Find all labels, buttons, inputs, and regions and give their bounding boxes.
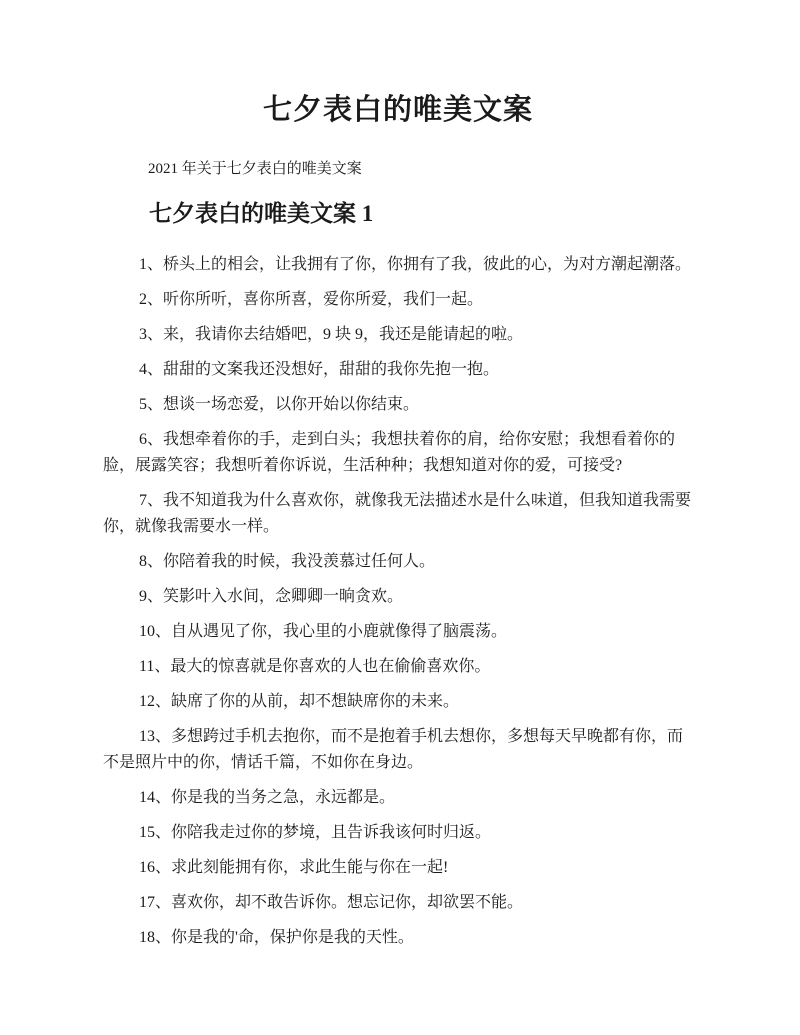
list-item-1: 1、桥头上的相会，让我拥有了你，你拥有了我，彼此的心，为对方潮起潮落。 <box>103 252 693 278</box>
list-item-3: 3、来，我请你去结婚吧，9 块 9，我还是能请起的啦。 <box>103 322 693 348</box>
list-item-7: 7、我不知道我为什么喜欢你，就像我无法描述水是什么味道，但我知道我需要你，就像我… <box>103 488 693 540</box>
list-item-4: 4、甜甜的文案我还没想好，甜甜的我你先抱一抱。 <box>103 357 693 383</box>
document-title: 七夕表白的唯美文案 <box>103 90 693 130</box>
list-item-8: 8、你陪着我的时候，我没羡慕过任何人。 <box>103 549 693 575</box>
list-item-13: 13、多想跨过手机去抱你，而不是抱着手机去想你，多想每天早晚都有你，而不是照片中… <box>103 724 693 776</box>
list-item-12: 12、缺席了你的从前，却不想缺席你的未来。 <box>103 689 693 715</box>
list-item-6: 6、我想牵着你的手，走到白头；我想扶着你的肩，给你安慰；我想看着你的脸，展露笑容… <box>103 427 693 479</box>
document-page: 七夕表白的唯美文案 2021 年关于七夕表白的唯美文案 七夕表白的唯美文案 1 … <box>0 0 800 1035</box>
list-item-15: 15、你陪我走过你的梦境，且告诉我该何时归返。 <box>103 820 693 846</box>
list-item-5: 5、想谈一场恋爱，以你开始以你结束。 <box>103 392 693 418</box>
list-item-18: 18、你是我的'命，保护你是我的天性。 <box>103 925 693 951</box>
list-item-10: 10、自从遇见了你，我心里的小鹿就像得了脑震荡。 <box>103 619 693 645</box>
list-item-16: 16、求此刻能拥有你，求此生能与你在一起! <box>103 855 693 881</box>
list-item-14: 14、你是我的当务之急，永远都是。 <box>103 785 693 811</box>
list-item-9: 9、笑影叶入水间，念卿卿一晌贪欢。 <box>103 584 693 610</box>
section-heading: 七夕表白的唯美文案 1 <box>103 198 693 230</box>
list-content: 1、桥头上的相会，让我拥有了你，你拥有了我，彼此的心，为对方潮起潮落。 2、听你… <box>103 252 693 951</box>
document-subtitle: 2021 年关于七夕表白的唯美文案 <box>103 158 693 180</box>
list-item-17: 17、喜欢你，却不敢告诉你。想忘记你，却欲罢不能。 <box>103 890 693 916</box>
list-item-11: 11、最大的惊喜就是你喜欢的人也在偷偷喜欢你。 <box>103 654 693 680</box>
list-item-2: 2、听你所听，喜你所喜，爱你所爱，我们一起。 <box>103 287 693 313</box>
